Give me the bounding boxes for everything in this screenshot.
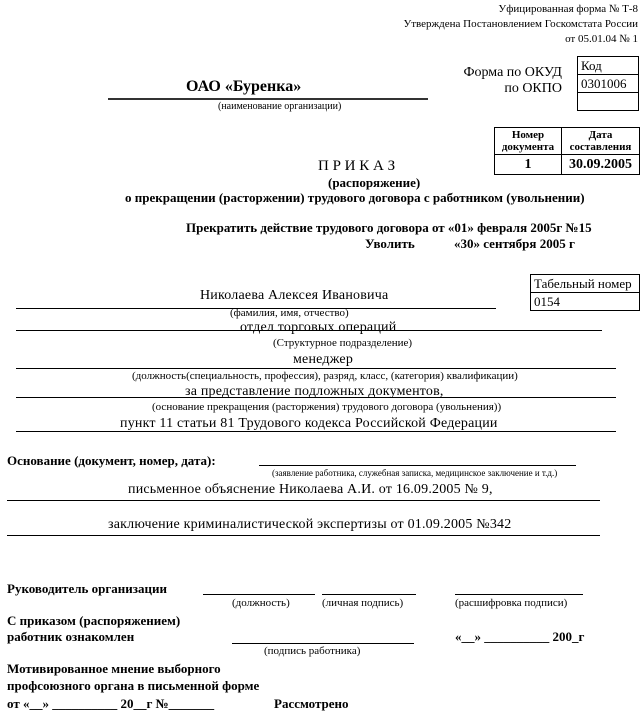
organization-caption: (наименование организации)	[218, 101, 341, 112]
head-label: Руководитель организации	[7, 581, 167, 597]
basis-document-1: письменное объяснение Николаева А.И. от …	[128, 482, 493, 498]
acknowledge-date: «__» __________ 200_г	[455, 629, 584, 645]
head-signature-line[interactable]	[322, 594, 416, 595]
doc-number-table: Номер документа Дата составления 1 30.09…	[494, 127, 640, 175]
dismiss-label: Уволить	[365, 236, 415, 252]
code-header: Код	[578, 57, 639, 75]
order-subject: о прекращении (расторжении) трудового до…	[125, 190, 585, 206]
basis-label: Основание (документ, номер, дата):	[7, 453, 216, 469]
approved-date: от 05.01.04 № 1	[565, 33, 638, 45]
acknowledge-line-2: работник ознакомлен	[7, 629, 134, 645]
doc-number-header: Номер документа	[495, 128, 562, 155]
form-name: Уфицированная форма № Т-8	[498, 3, 638, 15]
employee-signature-caption: (подпись работника)	[264, 645, 360, 657]
head-signature-caption: (личная подпись)	[322, 597, 403, 609]
okpo-value	[578, 93, 639, 111]
tab-number-table: Табельный номер 0154	[530, 274, 640, 311]
union-opinion-line-2: профсоюзного органа в письменной форме	[7, 678, 259, 694]
dismiss-date: «30» сентября 2005 г	[454, 236, 575, 252]
terminate-contract: Прекратить действие трудового договора о…	[186, 220, 592, 236]
order-subtitle: (распоряжение)	[328, 175, 420, 191]
basis-caption: (заявление работника, служебная записка,…	[272, 468, 557, 478]
doc-date-header: Дата составления	[562, 128, 640, 155]
organization-name: ОАО «Буренка»	[186, 78, 301, 96]
department-caption: (Структурное подразделение)	[273, 337, 412, 349]
union-opinion-date: от «__» __________ 20__г №_______	[7, 696, 214, 712]
reason-caption: (основание прекращения (расторжения) тру…	[152, 401, 501, 413]
tab-number-value: 0154	[531, 293, 640, 311]
organization-underline	[108, 98, 428, 100]
doc-number-value: 1	[495, 155, 562, 175]
employee-department: отдел торговых операций	[240, 320, 396, 336]
okpo-label: по ОКПО	[504, 81, 562, 97]
position-caption: (должность(специальность, профессия), ра…	[132, 370, 518, 382]
acknowledge-line-1: С приказом (распоряжением)	[7, 613, 180, 629]
basis-line	[259, 465, 576, 466]
reason-line	[16, 397, 616, 398]
legal-basis: пункт 11 статьи 81 Трудового кодекса Рос…	[120, 416, 498, 432]
tab-number-label: Табельный номер	[531, 275, 640, 293]
legal-basis-line	[16, 431, 616, 432]
union-opinion-line-1: Мотивированное мнение выборного	[7, 661, 221, 677]
head-decode-line[interactable]	[455, 594, 583, 595]
head-position-line[interactable]	[203, 594, 315, 595]
position-line	[16, 368, 616, 369]
employee-position: менеджер	[293, 352, 353, 368]
order-title: П Р И К А З	[318, 158, 395, 175]
employee-name: Николаева Алексея Ивановича	[200, 288, 388, 304]
employee-name-caption: (фамилия, имя, отчество)	[230, 307, 349, 319]
basis-document-2-line	[7, 535, 600, 536]
okud-value: 0301006	[578, 75, 639, 93]
department-line	[16, 330, 602, 331]
head-decode-caption: (расшифровка подписи)	[455, 597, 567, 609]
basis-document-2: заключение криминалистической экспертизы…	[108, 517, 511, 533]
doc-date-value: 30.09.2005	[562, 155, 640, 175]
code-table: Код 0301006	[577, 56, 639, 111]
okud-label: Форма по ОКУД	[463, 65, 562, 81]
basis-document-1-line	[7, 500, 600, 501]
employee-signature-line[interactable]	[232, 643, 414, 644]
approved-by: Утверждена Постановлением Госкомстата Ро…	[403, 18, 638, 30]
union-status: Рассмотрено	[274, 696, 349, 712]
head-position-caption: (должность)	[232, 597, 290, 609]
